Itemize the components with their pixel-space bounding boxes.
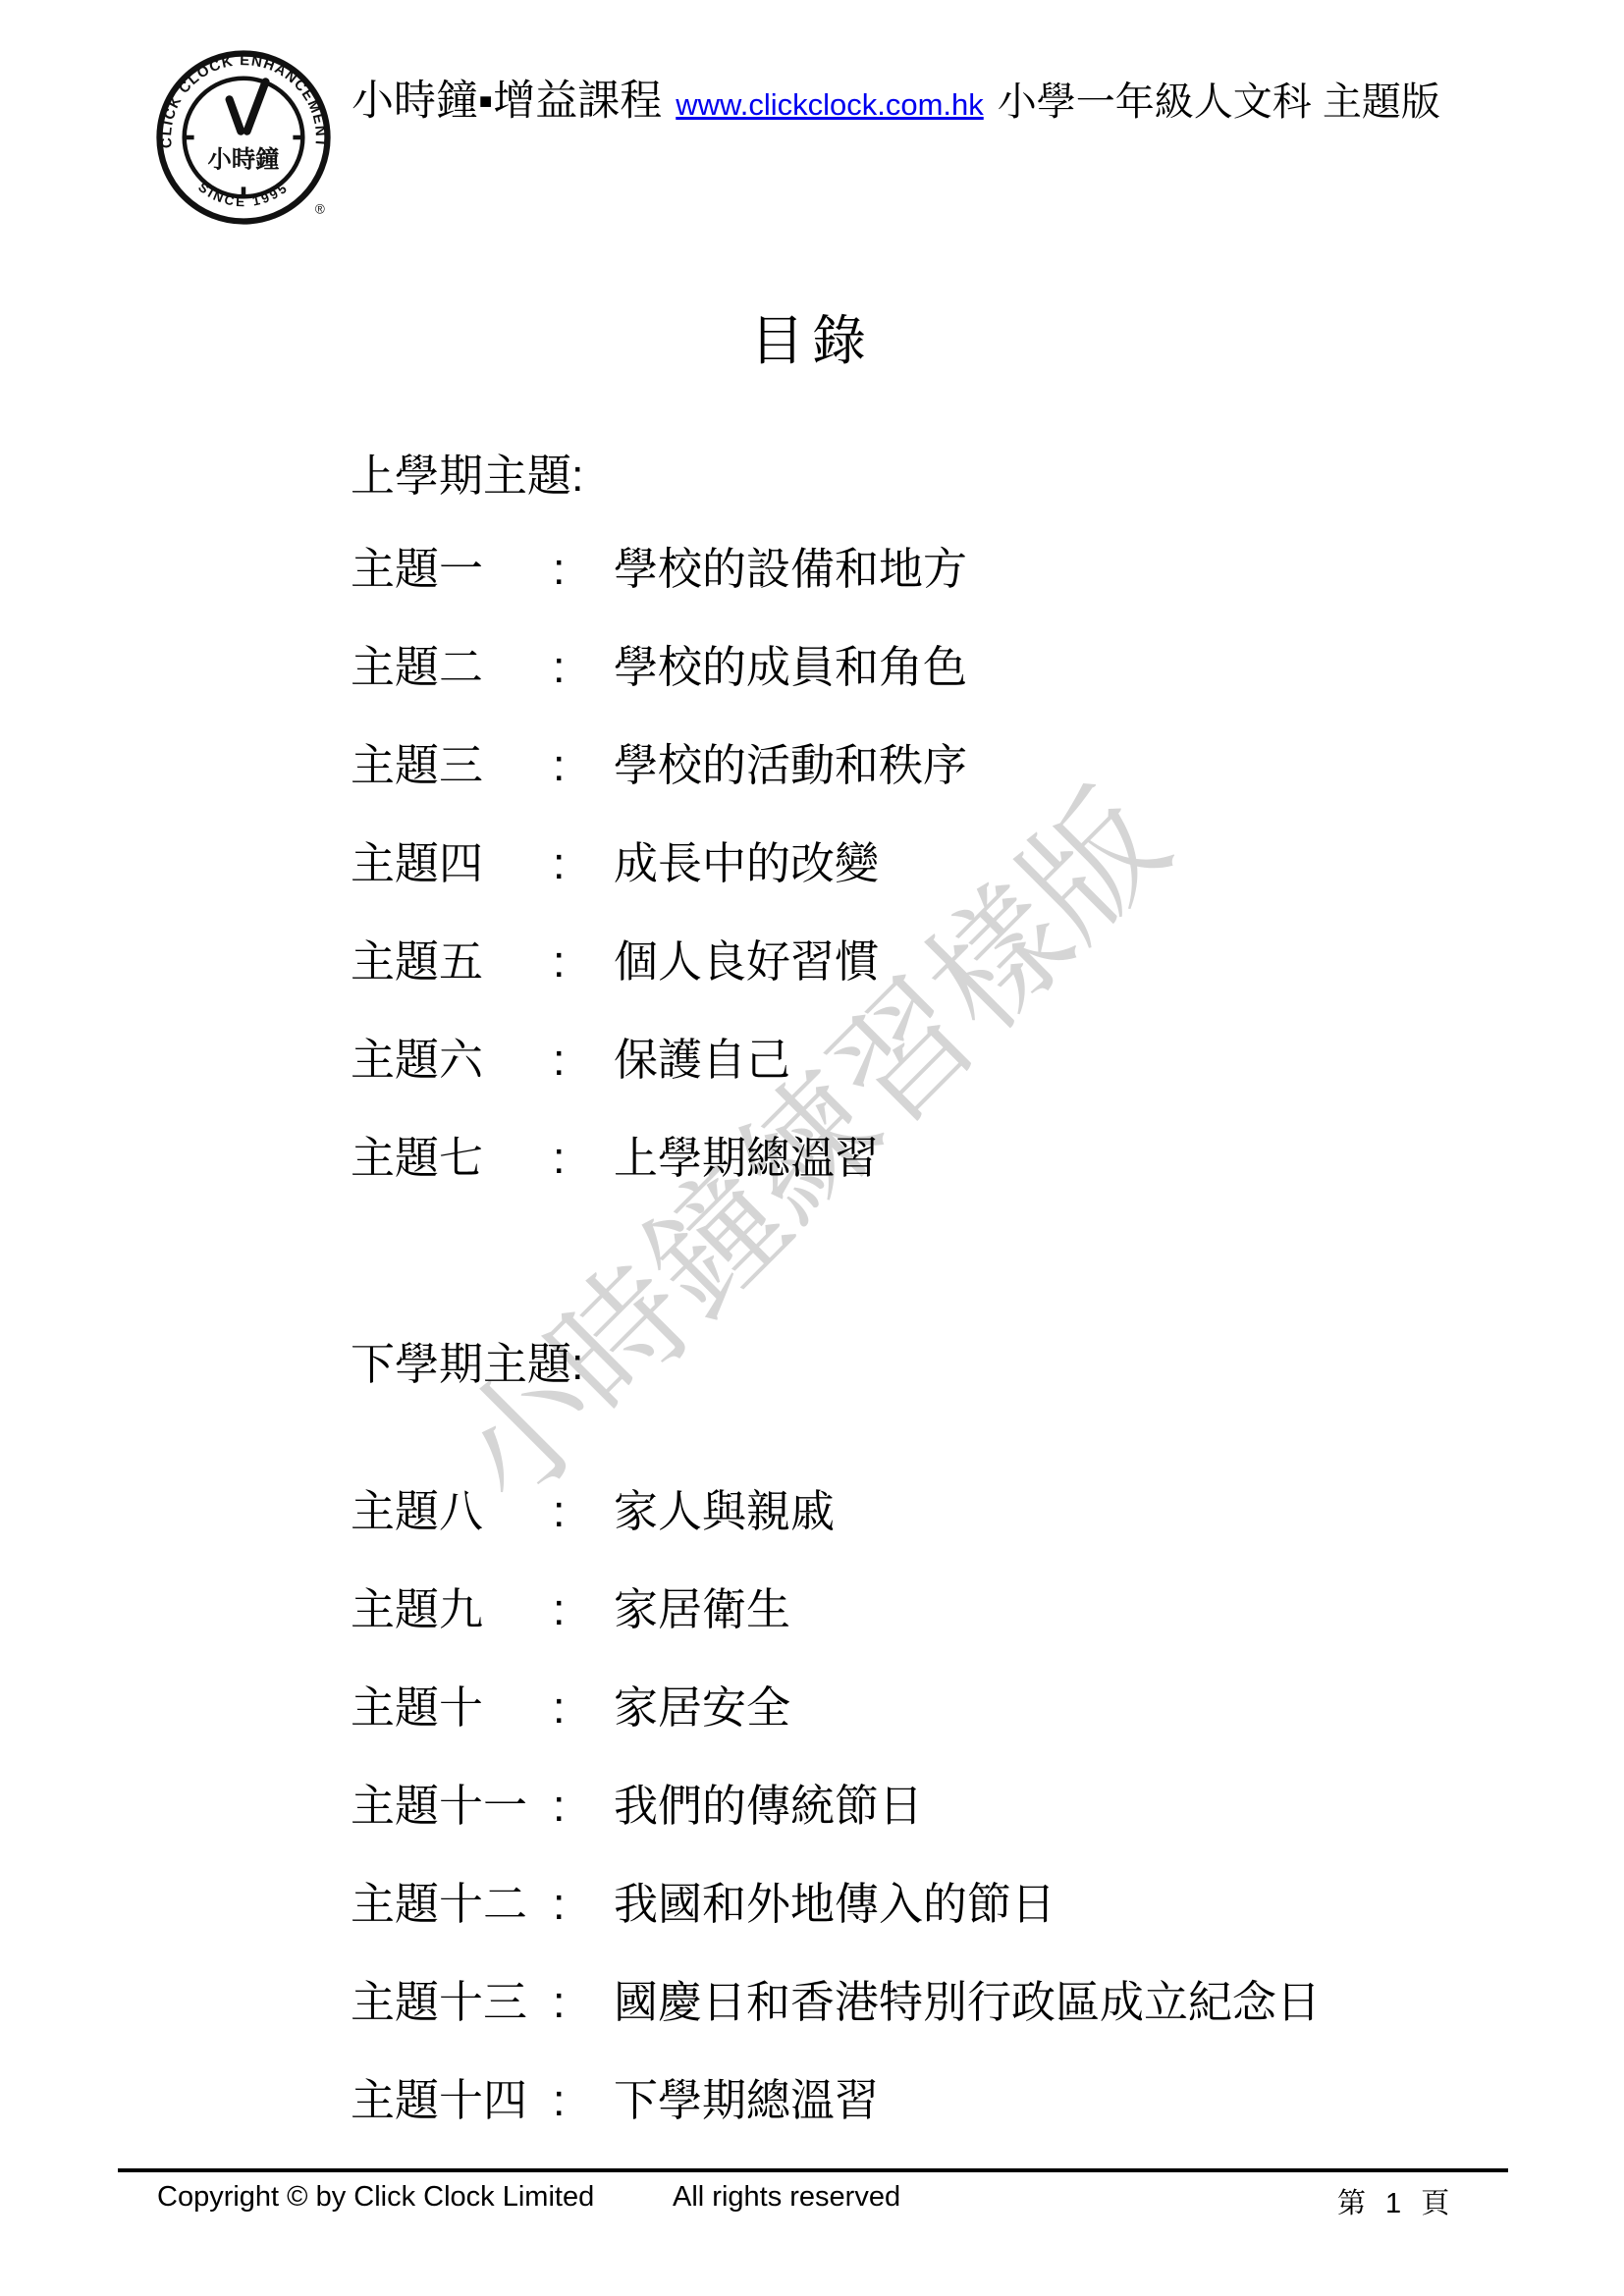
page-title: 目錄 — [0, 297, 1624, 375]
footer-page-number: 第 1 頁 — [1337, 2181, 1455, 2221]
toc-row-topic-9: 主題九:家居衛生 — [351, 1574, 790, 1637]
toc-row-topic-10: 主題十:家居安全 — [351, 1672, 790, 1735]
topic-label: 主題九 — [351, 1574, 553, 1637]
topic-label: 主題十三 — [351, 1966, 553, 2030]
toc-row-topic-11: 主題十一:我們的傳統節日 — [351, 1770, 923, 1834]
topic-title: 個人良好習慣 — [614, 936, 879, 987]
topic-label: 主題一 — [351, 533, 553, 597]
logo-center-name: 小時鐘 — [208, 147, 280, 174]
topic-title: 學校的設備和地方 — [614, 544, 967, 594]
topic-title: 成長中的改變 — [614, 838, 879, 888]
topic-title: 上學期總溫習 — [614, 1133, 879, 1183]
topic-colon: : — [553, 544, 614, 595]
toc-row-topic-6: 主題六:保護自己 — [351, 1024, 790, 1088]
subject-edition-label: 小學一年級人文科 主題版 — [998, 71, 1440, 127]
registered-trademark-icon: ® — [315, 201, 325, 216]
topic-title: 家居安全 — [614, 1682, 790, 1733]
topic-title: 保護自己 — [614, 1035, 790, 1085]
topic-colon: : — [553, 1133, 614, 1184]
toc-row-topic-13: 主題十三:國慶日和香港特別行政區成立紀念日 — [351, 1966, 1321, 2030]
toc-row-topic-14: 主題十四:下學期總溫習 — [351, 2064, 879, 2128]
topic-colon: : — [553, 1486, 614, 1537]
toc-row-topic-1: 主題一:學校的設備和地方 — [351, 533, 967, 597]
toc-row-topic-3: 主題三:學校的活動和秩序 — [351, 729, 967, 793]
toc-row-topic-4: 主題四:成長中的改變 — [351, 828, 879, 891]
topic-label: 主題五 — [351, 926, 553, 989]
topic-colon: : — [553, 838, 614, 889]
page-header: 小時鐘▪增益課程 www.clickclock.com.hk 小學一年級人文科 … — [352, 71, 1440, 129]
topic-title: 我們的傳統節日 — [614, 1781, 923, 1831]
topic-colon: : — [553, 1682, 614, 1734]
logo-inner-ring — [185, 79, 303, 197]
topic-label: 主題十 — [351, 1672, 553, 1735]
brand-title: 小時鐘▪增益課程 — [352, 74, 662, 129]
topic-colon: : — [553, 740, 614, 791]
toc-row-topic-7: 主題七:上學期總溫習 — [351, 1122, 879, 1186]
topic-title: 下學期總溫習 — [614, 2075, 879, 2125]
toc-row-topic-12: 主題十二:我國和外地傳入的節日 — [351, 1868, 1056, 1932]
toc-row-topic-2: 主題二:學校的成員和角色 — [351, 631, 967, 695]
topic-colon: : — [553, 1977, 614, 2028]
topic-label: 主題十一 — [351, 1770, 553, 1834]
section-heading-second-term: 下學期主題: — [351, 1328, 584, 1392]
topic-label: 主題三 — [351, 729, 553, 793]
topic-colon: : — [553, 2075, 614, 2126]
topic-title: 我國和外地傳入的節日 — [614, 1879, 1056, 1929]
topic-label: 主題八 — [351, 1475, 553, 1539]
topic-colon: : — [553, 1879, 614, 1930]
clickclock-logo: CLICK CLOCK ENHANCEMENT SINCE 1995 小時鐘 ® — [155, 49, 332, 226]
footer-divider — [118, 2168, 1508, 2172]
topic-label: 主題七 — [351, 1122, 553, 1186]
topic-label: 主題二 — [351, 631, 553, 695]
clock-hand-hour-icon — [230, 99, 242, 131]
website-link[interactable]: www.clickclock.com.hk — [676, 87, 984, 123]
section-heading-first-term: 上學期主題: — [351, 440, 584, 504]
topic-colon: : — [553, 1035, 614, 1086]
topic-title: 學校的活動和秩序 — [614, 740, 967, 790]
topic-label: 主題十二 — [351, 1868, 553, 1932]
topic-label: 主題十四 — [351, 2064, 553, 2128]
toc-row-topic-8: 主題八:家人與親戚 — [351, 1475, 835, 1539]
topic-colon: : — [553, 642, 614, 693]
topic-colon: : — [553, 1584, 614, 1635]
topic-title: 國慶日和香港特別行政區成立紀念日 — [614, 1977, 1321, 2027]
document-page: 小時鐘練習樣版 CLICK CLOCK ENHANCEMENT SINCE 19… — [0, 0, 1624, 2296]
topic-label: 主題六 — [351, 1024, 553, 1088]
footer-rights: All rights reserved — [673, 2181, 900, 2214]
footer-copyright: Copyright © by Click Clock Limited — [157, 2181, 594, 2214]
topic-title: 家人與親戚 — [614, 1486, 835, 1536]
topic-colon: : — [553, 1781, 614, 1832]
topic-title: 學校的成員和角色 — [614, 642, 967, 692]
topic-colon: : — [553, 936, 614, 988]
topic-label: 主題四 — [351, 828, 553, 891]
topic-title: 家居衛生 — [614, 1584, 790, 1634]
toc-row-topic-5: 主題五:個人良好習慣 — [351, 926, 879, 989]
clock-hand-minute-icon — [247, 81, 266, 131]
